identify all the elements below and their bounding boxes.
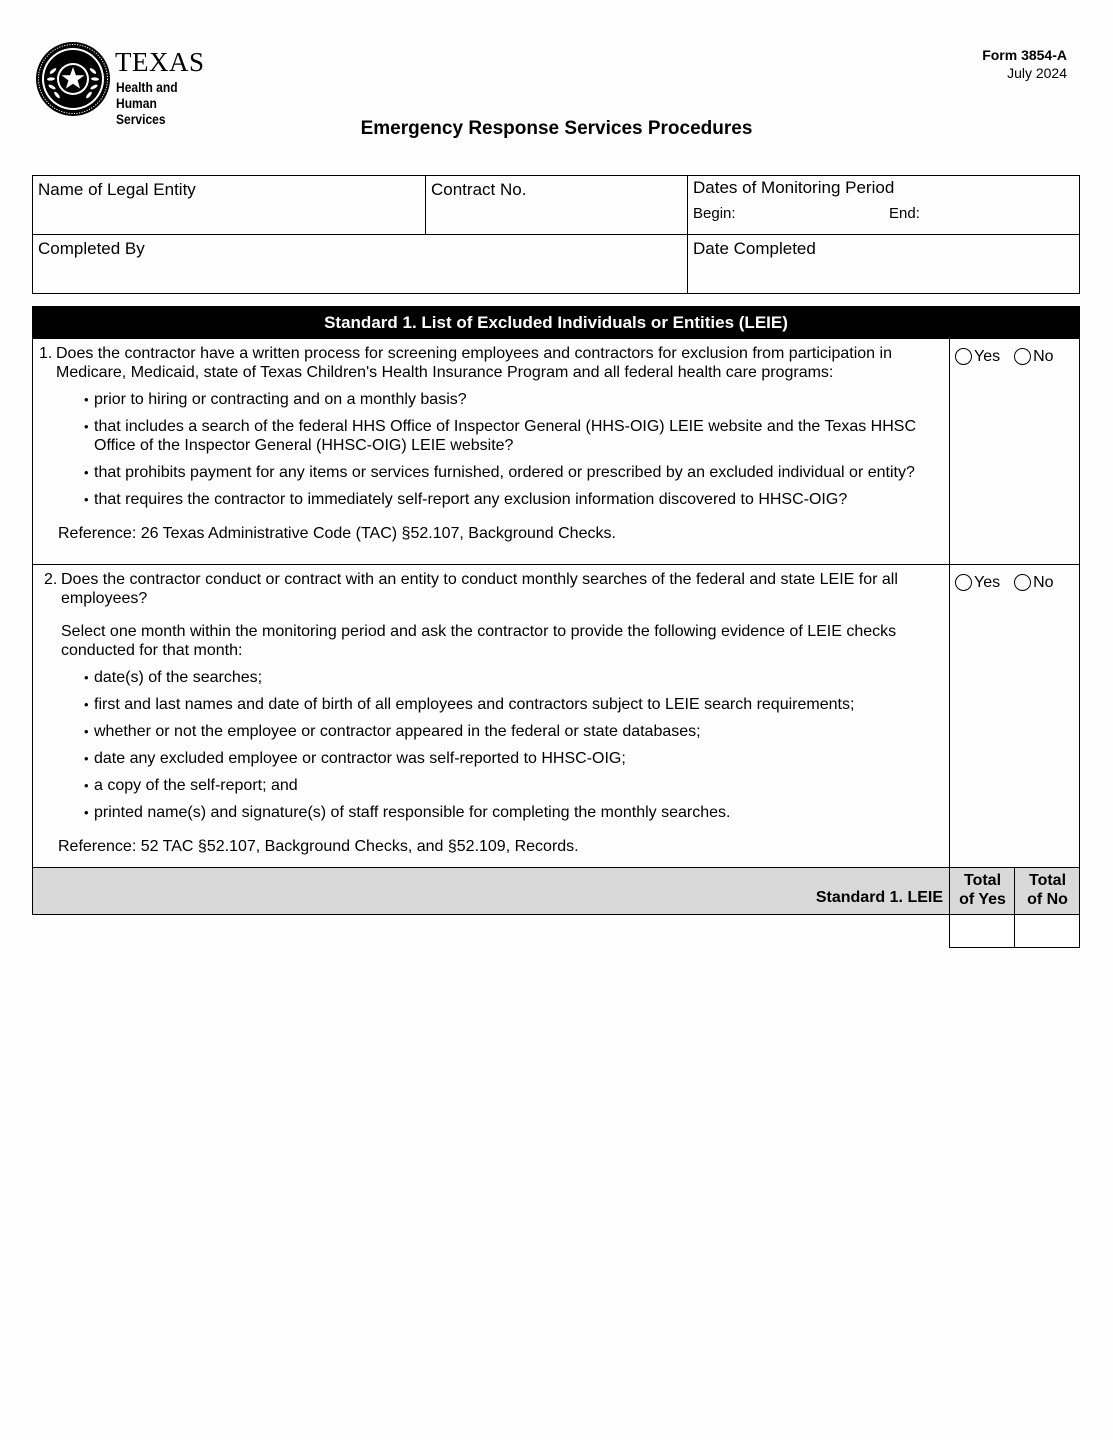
- info-table: Name of Legal Entity Contract No. Dates …: [32, 175, 1080, 294]
- begin-label: Begin:: [693, 205, 736, 222]
- question-1: 1. Does the contractor have a written pr…: [32, 339, 1080, 565]
- list-item: date any excluded employee or contractor…: [84, 749, 939, 768]
- legal-entity-label: Name of Legal Entity: [38, 180, 196, 199]
- form-date: July 2024: [982, 64, 1067, 82]
- yes-radio[interactable]: Yes: [955, 573, 1000, 592]
- total-no-input[interactable]: [1014, 915, 1080, 948]
- total-yes-header-line-2: of Yes: [950, 890, 1015, 909]
- total-yes-header: Total of Yes: [949, 868, 1015, 914]
- question-number: 1.: [39, 344, 56, 382]
- reference-text: Reference: 26 Texas Administrative Code …: [39, 524, 939, 555]
- question-2: 2. Does the contractor conduct or contra…: [32, 565, 1080, 868]
- date-completed-field[interactable]: Date Completed: [688, 235, 1079, 293]
- texas-star-seal-icon: [35, 41, 111, 117]
- radio-circle-icon[interactable]: [1014, 348, 1031, 365]
- completed-by-field[interactable]: Completed By: [33, 235, 687, 293]
- question-text: Does the contractor conduct or contract …: [61, 570, 939, 608]
- hhs-logo: TEXAS Health and Human Services: [35, 41, 235, 119]
- yes-label: Yes: [974, 347, 1000, 366]
- radio-circle-icon[interactable]: [955, 574, 972, 591]
- form-identifier: Form 3854-A July 2024: [982, 46, 1067, 82]
- total-no-header-line-2: of No: [1015, 890, 1080, 909]
- yes-label: Yes: [974, 573, 1000, 592]
- completed-by-label: Completed By: [38, 239, 145, 258]
- list-item: prior to hiring or contracting and on a …: [84, 390, 939, 409]
- list-item: date(s) of the searches;: [84, 668, 939, 687]
- reference-text: Reference: 52 TAC §52.107, Background Ch…: [44, 837, 939, 868]
- question-number: 2.: [44, 570, 61, 608]
- logo-texas-text: TEXAS: [115, 49, 205, 76]
- total-yes-input[interactable]: [949, 915, 1015, 948]
- no-radio[interactable]: No: [1014, 573, 1053, 592]
- list-item: whether or not the employee or contracto…: [84, 722, 939, 741]
- standard-1-table: Standard 1. List of Excluded Individuals…: [32, 306, 1080, 948]
- no-radio[interactable]: No: [1014, 347, 1053, 366]
- monitoring-period-label: Dates of Monitoring Period: [693, 178, 1074, 198]
- instruction-text: Select one month within the monitoring p…: [44, 622, 939, 660]
- page-title: Emergency Response Services Procedures: [0, 118, 1113, 140]
- list-item: a copy of the self-report; and: [84, 776, 939, 795]
- list-item: that requires the contractor to immediat…: [84, 490, 939, 509]
- totals-row: Standard 1. LEIE Total of Yes Total of N…: [32, 868, 1080, 915]
- answer-radio-group: Yes No: [950, 565, 1080, 592]
- begin-date-field[interactable]: Begin:: [693, 205, 736, 222]
- question-text: Does the contractor have a written proce…: [56, 344, 939, 382]
- date-completed-label: Date Completed: [693, 239, 816, 258]
- list-item: that includes a search of the federal HH…: [84, 417, 939, 455]
- monitoring-period-cell: Dates of Monitoring Period Begin: End:: [688, 176, 1079, 234]
- no-label: No: [1033, 573, 1053, 592]
- no-label: No: [1033, 347, 1053, 366]
- list-item: first and last names and date of birth o…: [84, 695, 939, 714]
- list-item: that prohibits payment for any items or …: [84, 463, 939, 482]
- totals-values: [32, 915, 1080, 948]
- radio-circle-icon[interactable]: [955, 348, 972, 365]
- answer-radio-group: Yes No: [950, 339, 1080, 366]
- yes-radio[interactable]: Yes: [955, 347, 1000, 366]
- logo-line-2: Health and Human: [116, 79, 218, 111]
- list-item: printed name(s) and signature(s) of staf…: [84, 803, 939, 822]
- form-number: Form 3854-A: [982, 46, 1067, 64]
- total-yes-header-line-1: Total: [950, 871, 1015, 890]
- legal-entity-field[interactable]: Name of Legal Entity: [33, 176, 425, 234]
- totals-label: Standard 1. LEIE: [816, 889, 943, 907]
- end-label: End:: [889, 205, 920, 222]
- total-no-header: Total of No: [1014, 868, 1080, 914]
- standard-heading: Standard 1. List of Excluded Individuals…: [32, 306, 1080, 339]
- contract-number-field[interactable]: Contract No.: [426, 176, 687, 234]
- total-no-header-line-1: Total: [1015, 871, 1080, 890]
- end-date-field[interactable]: End:: [889, 205, 920, 222]
- radio-circle-icon[interactable]: [1014, 574, 1031, 591]
- contract-number-label: Contract No.: [431, 180, 526, 199]
